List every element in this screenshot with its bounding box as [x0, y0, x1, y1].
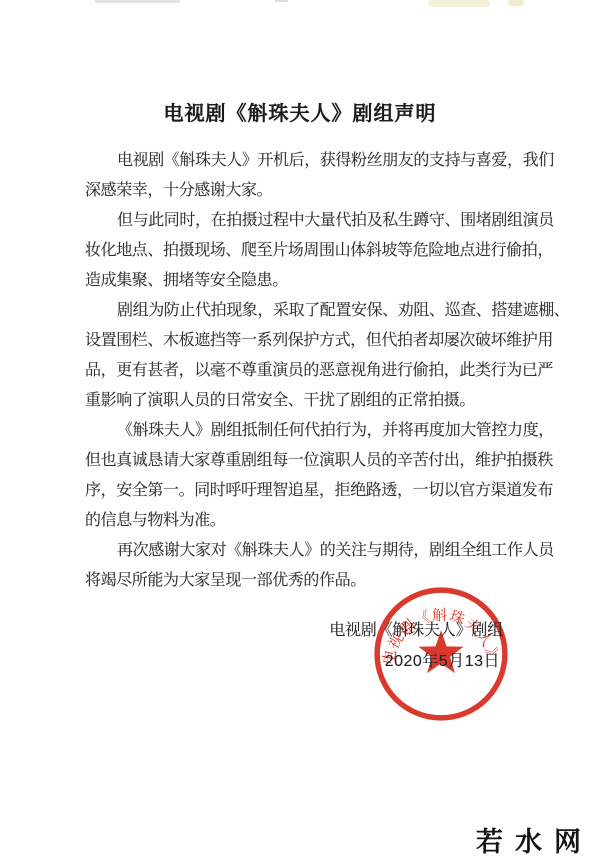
- text-line: 品，更有甚者，以毫不尊重演员的恶意视角进行偷拍，此类行为已严: [85, 356, 525, 386]
- paragraph: 电视剧《斛珠夫人》开机后，获得粉丝朋友的支持与喜爱，我们 深感荣幸，十分感谢大家…: [85, 146, 525, 206]
- paragraph: 但与此同时，在拍摄过程中大量代拍及私生蹲守、围堵剧组演员 妆化地点、拍摄现场、爬…: [85, 206, 525, 296]
- text-line: 重影响了演职人员的日常安全、干扰了剧组的正常拍摄。: [85, 386, 525, 416]
- page-title: 电视剧《斛珠夫人》剧组声明: [0, 97, 600, 126]
- text-line: 但也真诚恳请大家尊重剧组每一位演职人员的辛苦付出，维护拍摄秩: [85, 446, 525, 476]
- document-page: 电视剧《斛珠夫人》剧组声明 电视剧《斛珠夫人》开机后，获得粉丝朋友的支持与喜爱，…: [0, 0, 600, 860]
- scan-artifact: [275, 0, 288, 2]
- scan-artifact: [95, 0, 180, 3]
- text-line: 序，安全第一。同时呼吁理智追星，拒绝路透，一切以官方渠道发布: [85, 476, 525, 506]
- date: 2020年5月13日: [385, 648, 500, 671]
- scan-artifact: [508, 0, 524, 6]
- scan-artifact: [428, 0, 490, 7]
- text-line: 妆化地点、拍摄现场、爬至片场周围山体斜坡等危险地点进行偷拍，: [85, 236, 525, 266]
- watermark: 若水网: [476, 820, 593, 860]
- text-line: 造成集聚、拥堵等安全隐患。: [85, 266, 525, 296]
- text-line: 的信息与物料为准。: [85, 506, 525, 536]
- signature: 电视剧《斛珠夫人》剧组: [329, 617, 503, 640]
- paragraph: 剧组为防止代拍现象，采取了配置安保、劝阻、巡查、搭建遮棚、 设置围栏、木板遮挡等…: [85, 296, 525, 416]
- document-body: 电视剧《斛珠夫人》开机后，获得粉丝朋友的支持与喜爱，我们 深感荣幸，十分感谢大家…: [85, 146, 525, 596]
- text-line: 剧组为防止代拍现象，采取了配置安保、劝阻、巡查、搭建遮棚、: [85, 296, 525, 326]
- text-line: 再次感谢大家对《斛珠夫人》的关注与期待，剧组全组工作人员: [85, 536, 525, 566]
- watermark-text: 若水网: [476, 820, 593, 859]
- text-line: 设置围栏、木板遮挡等一系列保护方式，但代拍者却屡次破坏维护用: [85, 326, 525, 356]
- text-line: 深感荣幸，十分感谢大家。: [85, 176, 525, 206]
- paragraph: 《斛珠夫人》剧组抵制任何代拍行为，并将再度加大管控力度， 但也真诚恳请大家尊重剧…: [85, 416, 525, 536]
- text-line: 电视剧《斛珠夫人》开机后，获得粉丝朋友的支持与喜爱，我们: [85, 146, 525, 176]
- text-line: 《斛珠夫人》剧组抵制任何代拍行为，并将再度加大管控力度，: [85, 416, 525, 446]
- text-line: 但与此同时，在拍摄过程中大量代拍及私生蹲守、围堵剧组演员: [85, 206, 525, 236]
